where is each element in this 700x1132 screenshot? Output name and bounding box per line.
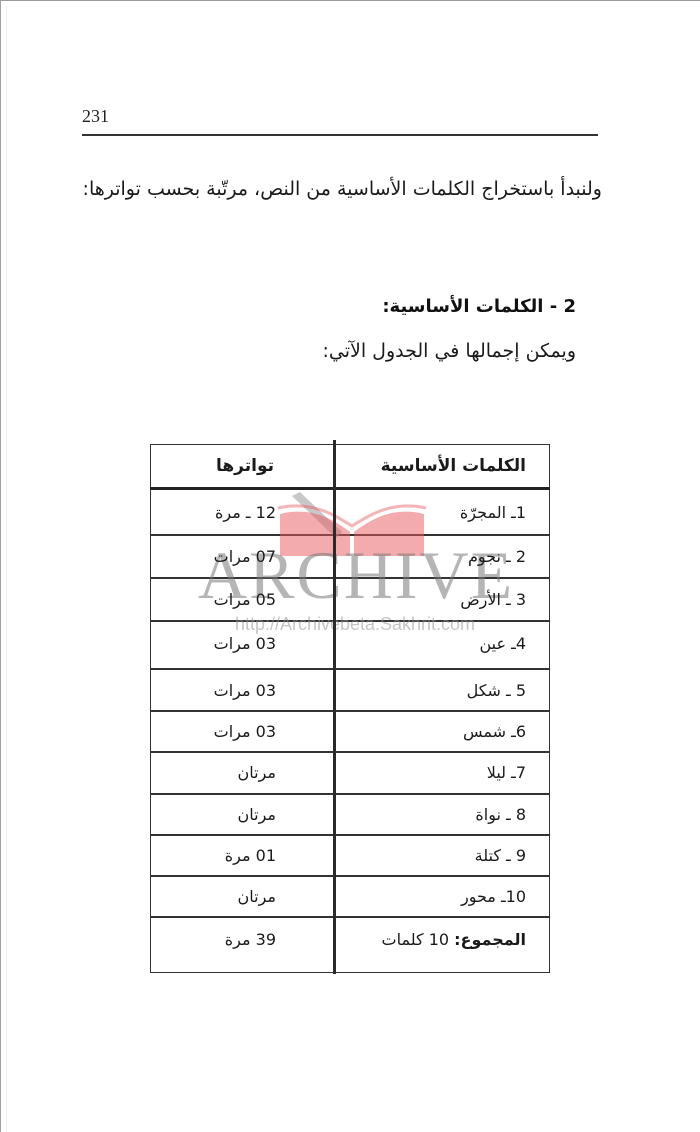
table-cell-frequency: مرتان [150, 876, 276, 917]
table-total-keyword-count: 10 كلمات [382, 930, 450, 949]
table-cell-frequency: 03 مرات [150, 711, 276, 752]
table-cell-frequency: مرتان [150, 752, 276, 792]
page-frame-left-inner [6, 6, 7, 1132]
table-cell-frequency: 01 مرة [150, 835, 276, 876]
table-cell-frequency: 12 ـ مرة [150, 489, 276, 535]
header-rule [82, 134, 598, 136]
table-cell-keyword: 7ـ ليلا [336, 752, 526, 792]
table-total-frequency: 39 مرة [150, 917, 276, 961]
table-cell-keyword: 3 ـ الأرض [336, 578, 526, 621]
table-total-label: المجموع: [454, 930, 526, 949]
page-number: 231 [82, 106, 109, 127]
table-header-frequency: تواترها [150, 444, 274, 488]
table-cell-frequency: 03 مرات [150, 669, 276, 711]
intro-paragraph: ولنبدأ باستخراج الكلمات الأساسية من النص… [82, 168, 602, 210]
table-cell-keyword: 5 ـ شكل [336, 669, 526, 711]
table-cell-keyword: 8 ـ نواة [336, 794, 526, 835]
table-cell-keyword: 2 ـ نجوم [336, 535, 526, 578]
section-heading: 2 - الكلمات الأساسية: [382, 296, 576, 317]
table-cell-keyword: 9 ـ كتلة [336, 835, 526, 876]
section-intro: ويمكن إجمالها في الجدول الآتي: [322, 340, 576, 362]
table-cell-frequency: مرتان [150, 794, 276, 835]
table-cell-keyword: 4ـ عين [336, 621, 526, 665]
table-cell-frequency: 07 مرات [150, 535, 276, 578]
table-total-keyword-cell: المجموع: 10 كلمات [336, 917, 526, 961]
table-cell-keyword: 6ـ شمس [336, 711, 526, 752]
table-cell-keyword: 10ـ محور [336, 876, 526, 917]
page-frame-left [0, 0, 1, 1132]
table-cell-frequency: 05 مرات [150, 578, 276, 621]
table-cell-keyword: 1ـ المجرّة [336, 489, 526, 535]
page-frame-top [0, 0, 700, 1]
table-header-keyword: الكلمات الأساسية [336, 444, 526, 488]
table-cell-frequency: 03 مرات [150, 621, 276, 665]
